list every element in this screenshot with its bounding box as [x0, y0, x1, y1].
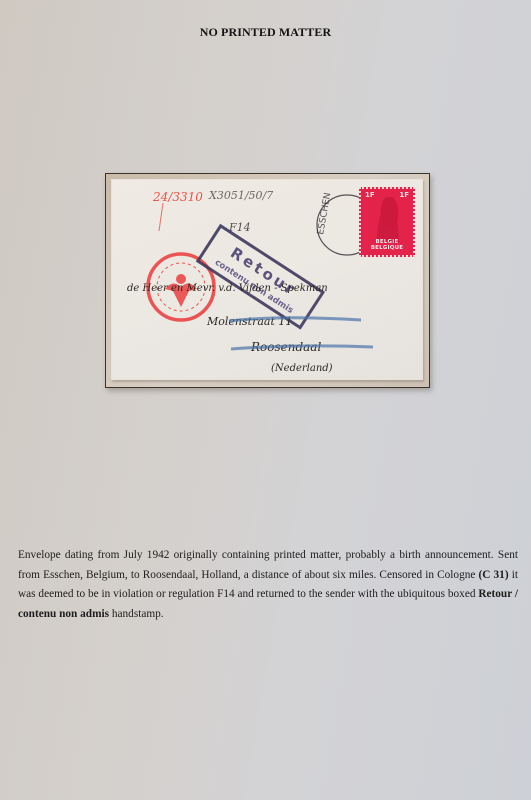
red-pencil-note: 24/3310 — [152, 190, 203, 204]
description-part-1: Envelope dating from July 1942 originall… — [18, 549, 518, 581]
postage-stamp: 1F 1F BELGIE BELGIQUE — [359, 187, 415, 257]
strike-line-1 — [229, 318, 361, 321]
page-title: NO PRINTED MATTER — [0, 25, 531, 40]
stamp-denomination-right: 1F — [399, 191, 409, 199]
gray-pencil-note: X3051/50/7 — [208, 189, 273, 202]
king-portrait-icon — [374, 197, 402, 243]
postmark-text: ESSCHEN — [316, 192, 333, 236]
stamp-country: BELGIE BELGIQUE — [361, 239, 413, 251]
envelope-mount: ESSCHEN 24/3310 X3051/50/7 F14 Retour co… — [105, 173, 430, 388]
address-line-1: de Heer en Mevr. v.d. Vijden - Spekman — [127, 283, 328, 294]
retour-handstamp: Retour contenu non admis — [198, 226, 323, 328]
address-line-4: (Nederland) — [271, 363, 333, 374]
stamp-denomination-left: 1F — [365, 191, 375, 199]
description-part-3: handstamp. — [109, 608, 164, 620]
censor-code: (C 31) — [479, 569, 509, 581]
description-text: Envelope dating from July 1942 originall… — [18, 546, 518, 624]
envelope-cover: ESSCHEN 24/3310 X3051/50/7 F14 Retour co… — [111, 179, 423, 380]
